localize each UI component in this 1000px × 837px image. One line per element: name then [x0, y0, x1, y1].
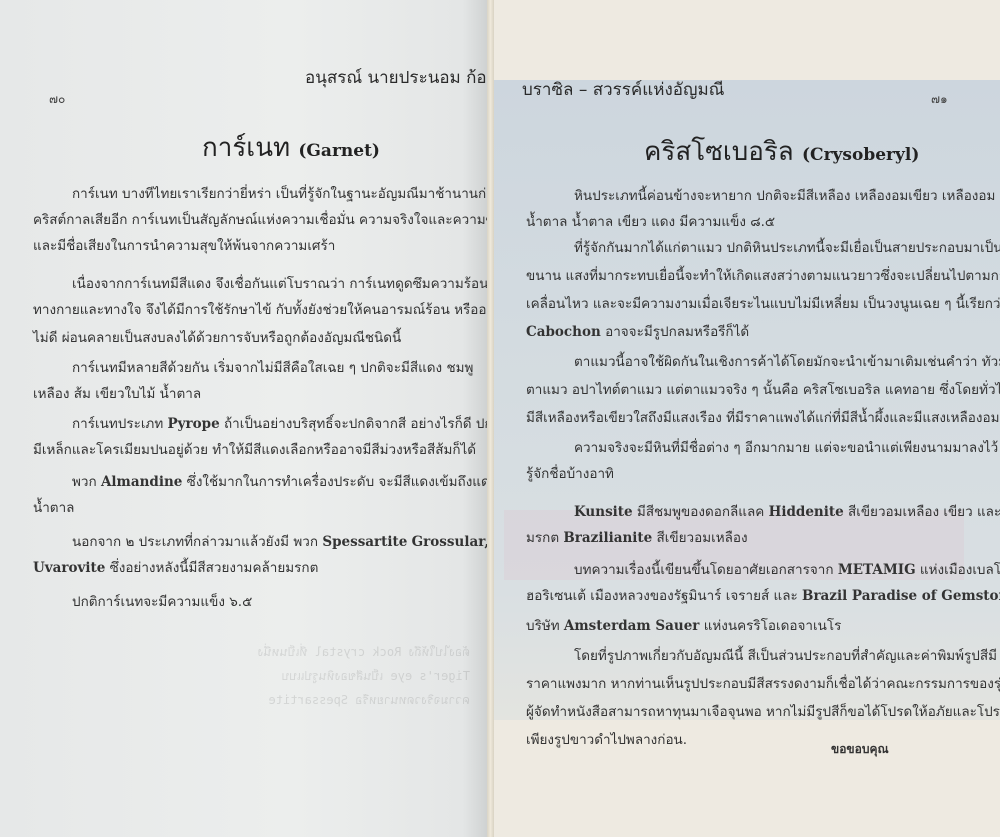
text-line: ขนาน แสงที่มากระทบเยื่อนี้จะทำให้เกิดแสง… [526, 264, 1000, 286]
text-line: เหลือง ส้ม เขียวใบไม้ น้ำตาล [33, 382, 201, 404]
title-latin: (Crysoberyl) [802, 145, 919, 165]
page-edge [487, 0, 494, 837]
signoff: ขอขอบคุณ [831, 740, 889, 759]
left-page: ๗๐ อนุสรณ์ นายประนอม ก้องสมุท การ์เนท (G… [0, 0, 487, 837]
text-line: Kunsite มีสีชมพูของดอกลีแลค Hiddenite สี… [574, 500, 1000, 522]
running-head-right: บราซิล – สวรรค์แห่งอัญมณี [522, 76, 724, 103]
title-thai: คริสโซเบอริล [644, 137, 794, 167]
page-number-right: ๗๑ [931, 90, 948, 109]
text-line: รู้จักชื่อบ้างอาทิ [526, 462, 614, 484]
text-line: ไม่ดี ผ่อนคลายเป็นสงบลงได้ด้วยการจับหรือ… [33, 326, 401, 348]
text-line: ตาแมว อปาไทต์ตาแมว แต่ตาแมวจริง ๆ นั้นคื… [526, 378, 1000, 400]
text-line: การ์เนท บางทีไทยเราเรียกว่ายี่หร่า เป็นท… [72, 182, 504, 204]
text-line: มีสีเหลืองหรือเขียวใสถึงมีแสงเรือง ที่มี… [526, 406, 1000, 428]
text-line: การ์เนทมีหลายสีด้วยกัน เริ่มจากไม่มีสีคื… [72, 356, 473, 378]
text-line: น้ำตาล [33, 496, 74, 518]
text-line: น้ำตาล น้ำตาล เขียว แดง มีความแข็ง ๘.๕ [526, 210, 775, 232]
text-line: พวก Almandine ซึ่งใช้มากในการทำเครื่องปร… [72, 470, 496, 492]
text-line: บริษัท Amsterdam Sauer แห่งนครริโอเดอจาเ… [526, 614, 841, 636]
text-line: เคลื่อนไหว และจะมีความงามเมื่อเจียระไนแบ… [526, 292, 1000, 314]
page-number-left: ๗๐ [49, 90, 65, 109]
text-line: คริสต์กาลเสียอีก การ์เนทเป็นสัญลักษณ์แห่… [33, 208, 528, 230]
text-line: Uvarovite ซึ่งอย่างหลังนี้มีสีสวยงามคล้า… [33, 556, 318, 578]
text-line: เพียงรูปขาวดำไปพลางก่อน. [526, 728, 687, 750]
bleed-through-text: ต้องไปให้ถึง Rock crystal ที่เป็นหนึ่ง T… [150, 640, 470, 770]
text-line: โดยที่รูปภาพเกี่ยวกับอัญมณีนี้ สีเป็นส่ว… [574, 644, 997, 666]
text-line: Cabochon อาจจะมีรูปกลมหรือรีก็ได้ [526, 320, 749, 342]
right-page: บราซิล – สวรรค์แห่งอัญมณี ๗๑ คริสโซเบอริ… [494, 0, 1000, 837]
text-line: หินประเภทนี้ค่อนข้างจะหายาก ปกติจะมีสีเห… [574, 184, 995, 206]
title-latin: (Garnet) [298, 141, 380, 161]
text-line: ทางกายและทางใจ จึงได้มีการใช้รักษาไข้ กั… [33, 298, 523, 320]
text-line: ราคาแพงมาก หากท่านเห็นรูปประกอบมีสีสรรงด… [526, 672, 1000, 694]
text-line: เนื่องจากการ์เนทมีสีแดง จึงเชื่อกันแต่โบ… [72, 272, 504, 294]
text-line: ตาแมวนี้อาจใช้ผิดกันในเชิงการค้าได้โดยมั… [574, 350, 1000, 372]
section-title-garnet: การ์เนท (Garnet) [202, 127, 380, 168]
text-line: ปกติการ์เนทจะมีความแข็ง ๖.๕ [72, 590, 252, 612]
text-line: มีเหล็กและโครเมียมปนอยู่ด้วย ทำให้มีสีแด… [33, 438, 476, 460]
section-title-crysoberyl: คริสโซเบอริล (Crysoberyl) [644, 131, 919, 172]
text-line: ผู้จัดทำหนังสือสามารถหาทุนมาเจือจุนพอ หา… [526, 700, 1000, 722]
text-line: การ์เนทประเภท Pyrope ถ้าเป็นอย่างบริสุทธ… [72, 412, 501, 434]
text-line: บทความเรื่องนี้เขียนขึ้นโดยอาศัยเอกสารจา… [574, 558, 1000, 580]
text-line: ฮอริเซนเต้ เมืองหลวงของรัฐมินาร์ เจรายส์… [526, 584, 1000, 606]
text-line: และมีชื่อเสียงในการนำความสุขให้พ้นจากควา… [33, 234, 335, 256]
title-thai: การ์เนท [202, 133, 290, 163]
text-line: ที่รู้จักกันมากได้แก่ตาแมว ปกติหินประเภท… [574, 236, 1000, 258]
text-line: ความจริงจะมีหินที่มีชื่อต่าง ๆ อีกมากมาย… [574, 436, 1000, 458]
text-line: มรกต Brazilianite สีเขียวอมเหลือง [526, 526, 748, 548]
